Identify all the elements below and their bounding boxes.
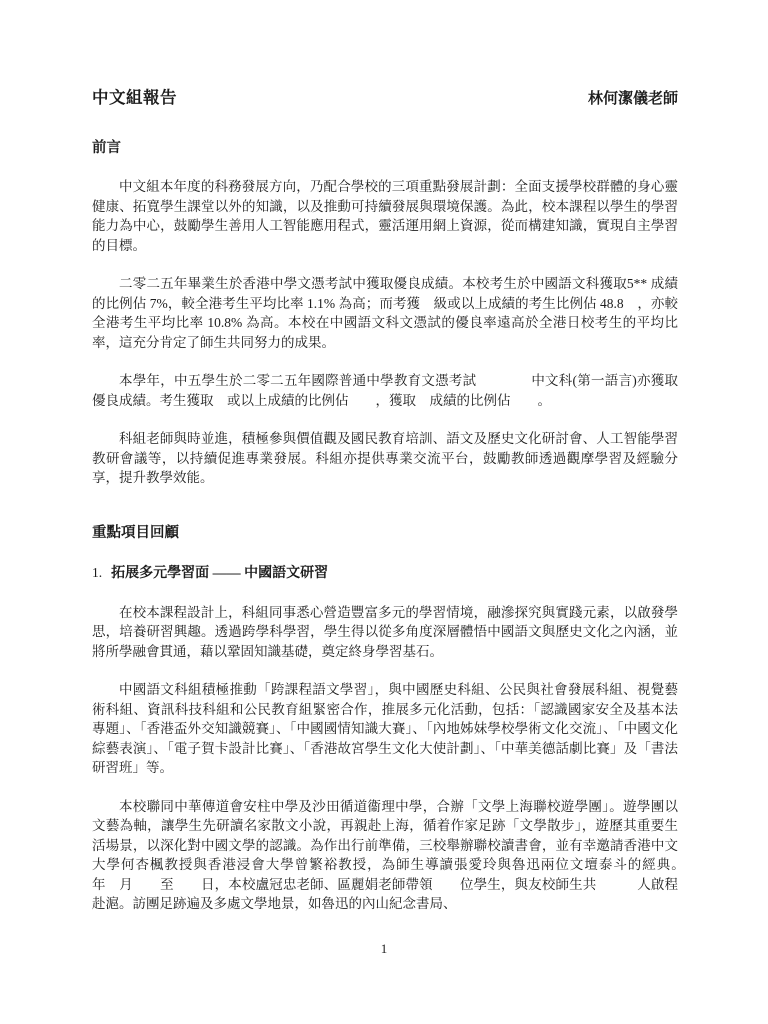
highlights-paragraph: 本校聯同中華傳道會安柱中學及沙田循道衞理中學，合辦「文學上海聯校遊學團」。遊學團… [92,797,678,914]
foreword-paragraph: 二零二五年畢業生於香港中學文憑考試中獲取優良成績。本校考生於中國語文科獲取5**… [92,274,678,352]
page-number: 1 [381,941,388,956]
subsection-title: 拓展多元學習面 —— 中國語文研習 [111,562,328,582]
page-title: 中文組報告 [92,84,177,108]
document-header: 中文組報告 林何潔儀老師 [92,84,678,108]
subsection-heading: 1. 拓展多元學習面 —— 中國語文研習 [92,562,678,582]
foreword-paragraph: 中文組本年度的科務發展方向，乃配合學校的三項重點發展計劃：全面支援學校群體的身心… [92,177,678,255]
foreword-paragraph: 本學年，中五學生於二零二五年國際普通中學教育文憑考試 中文科(第一語言)亦獲取優… [92,371,678,410]
document-page: 中文組報告 林何潔儀老師 前言 中文組本年度的科務發展方向，乃配合學校的三項重點… [0,0,768,1024]
highlights-paragraph: 在校本課程設計上，科組同事悉心營造豐富多元的學習情境，融滲探究與實踐元素，以啟發… [92,603,678,662]
section-heading-highlights: 重點項目回顧 [92,521,678,542]
section-heading-foreword: 前言 [92,136,678,157]
page-footer: 1 [0,941,768,957]
highlights-paragraph: 中國語文科組積極推動「跨課程語文學習」，與中國歷史科組、公民與社會發展科組、視覺… [92,680,678,778]
foreword-paragraph: 科組老師與時並進，積極參與價值觀及國民教育培訓、語文及歷史文化研討會、人工智能學… [92,429,678,488]
subsection-number: 1. [92,565,102,581]
author-name: 林何潔儀老師 [588,87,678,108]
